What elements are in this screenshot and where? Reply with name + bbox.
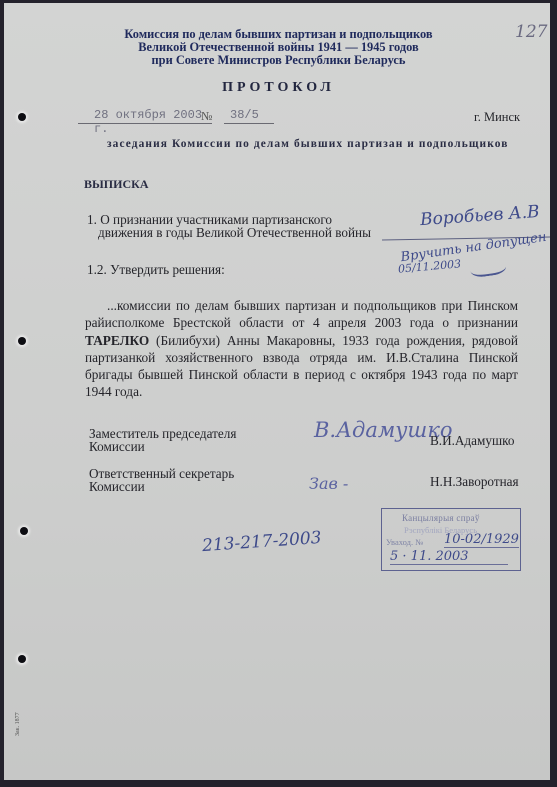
signatory-1-title-line-2: Комиссии	[89, 439, 145, 455]
punch-hole-3	[20, 527, 28, 535]
para-part-2: (Билибухи) Анны Макаровны, 1933 года рож…	[85, 333, 518, 400]
handwritten-page-number: 127	[515, 22, 547, 42]
item-1-line-2: движения в годы Великой Отечественной во…	[98, 225, 371, 241]
document-title: ПРОТОКОЛ	[0, 80, 557, 96]
stamp-line-3-prefix: Уваход. №	[386, 537, 423, 547]
city-label: г. Минск	[474, 110, 520, 125]
number-field: 38/5	[224, 108, 274, 124]
date-field: 28 октября 2003 г.	[78, 108, 212, 124]
header-line-3: при Совете Министров Республики Беларусь	[0, 54, 557, 67]
stamp-line-1: Канцылярыя спраў	[402, 513, 480, 523]
punch-hole-4	[18, 655, 26, 663]
print-order-mark: Зак. 1877	[15, 712, 21, 736]
meeting-subtitle: заседания Комиссии по делам бывших парти…	[107, 138, 509, 150]
item-1-2: 1.2. Утвердить решения:	[87, 262, 225, 278]
punch-hole-1	[18, 113, 26, 121]
decision-paragraph: ...комиссии по делам бывших партизан и п…	[85, 297, 518, 401]
signatory-1-name: В.И.Адамушко	[430, 433, 514, 449]
stamp-incoming-number: 10-02/1929	[444, 532, 519, 548]
extract-label: ВЫПИСКА	[84, 177, 149, 192]
number-sign: №	[201, 109, 212, 124]
para-part-1: ...комиссии по делам бывших партизан и п…	[85, 298, 518, 330]
punch-hole-2	[18, 337, 26, 345]
stamp-date: 5 · 11. 2003	[390, 549, 508, 565]
incoming-stamp: Канцылярыя спраў Рэспублікі Беларусь Ува…	[381, 508, 521, 571]
signatory-2-name: Н.Н.Заворотная	[430, 474, 519, 490]
signature-2: Зав -	[309, 474, 348, 493]
signatory-2-title-line-2: Комиссии	[89, 479, 145, 495]
person-surname: ТАРЕЛКО	[85, 333, 149, 348]
